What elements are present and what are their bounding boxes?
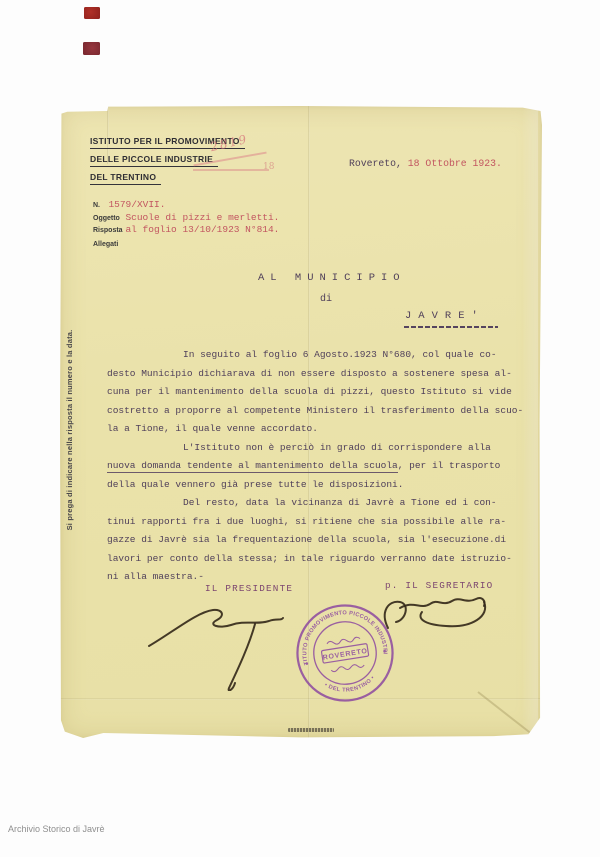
body-segment: Del resto, data la vicinanza di Javrè a … <box>183 497 497 508</box>
archive-caption: Archivio Storico di Javrè <box>8 824 105 834</box>
letterhead-line3: DEL TRENTINO <box>90 172 161 185</box>
body-line: In seguito al foglio 6 Agosto.1923 N°680… <box>107 346 535 365</box>
reference-allegati-label: Allegati <box>93 241 118 248</box>
body-segment: gazze di Javrè sia la frequentazione del… <box>107 534 506 545</box>
archive-red-mark-bottom <box>83 42 100 55</box>
dateline-date: 18 Ottobre 1923. <box>408 158 502 169</box>
body-line: L'Istituto non è perciò in grado di corr… <box>107 439 535 458</box>
body-line: la a Tione, il quale venne accordato. <box>107 420 535 439</box>
reference-allegati-row: Allegati <box>93 233 118 251</box>
body-segment: costretto a proporre al competente Minis… <box>107 405 523 416</box>
body-segment: L'Istituto non è perciò in grado di corr… <box>183 442 491 453</box>
archive-red-mark-top <box>84 7 100 19</box>
reference-risposta-value: al foglio 13/10/1923 N°814. <box>125 224 279 235</box>
registry-annotation-sub: 18 <box>263 162 274 172</box>
body-segment: In seguito al foglio 6 Agosto.1923 N°680… <box>183 349 497 360</box>
president-signature <box>145 596 285 691</box>
body-segment: la a Tione, il quale venne accordato. <box>107 423 318 434</box>
body-segment: , per il trasporto <box>398 460 501 471</box>
addressee-di: di <box>320 294 332 305</box>
body-line: Del resto, data la vicinanza di Javrè a … <box>107 494 535 513</box>
printer-imprint <box>288 728 334 732</box>
body-line: cuna per il mantenimento della scuola di… <box>107 383 535 402</box>
dateline: Rovereto, 18 Ottobre 1923. <box>349 158 502 169</box>
reference-risposta-row: Risposta al foglio 13/10/1923 N°814. <box>93 219 279 237</box>
addressee-javre-underline <box>404 326 498 328</box>
body-line: tinui rapporti fra i due luoghi, si riti… <box>107 513 535 532</box>
scan-page: ISTITUTO PER IL PROMOVIMENTO DELLE PICCO… <box>0 0 600 857</box>
margin-note: Si prega di indicare nella risposta il n… <box>65 324 79 536</box>
addressee-municipio: AL MUNICIPIO <box>258 272 406 284</box>
secretary-signature <box>372 592 502 650</box>
body-segment: ni alla maestra.- <box>107 571 204 582</box>
addressee-javre: JAVRE' <box>405 310 485 322</box>
stamp-flourish-top <box>327 637 361 646</box>
body-underlined-segment: nuova domanda tendente al mantenimento d… <box>107 460 398 473</box>
body-line: gazze di Javrè sia la frequentazione del… <box>107 531 535 550</box>
body-line: nuova domanda tendente al mantenimento d… <box>107 457 535 476</box>
secretary-title: p. IL SEGRETARIO <box>385 580 493 591</box>
body-segment: della quale vennero già prese tutte le d… <box>107 479 403 490</box>
president-title: IL PRESIDENTE <box>205 583 293 594</box>
registry-annotation-rule <box>193 169 269 171</box>
body-line: desto Municipio dichiarava di non essere… <box>107 365 535 384</box>
body-line: lavori per conto della stessa; in tale r… <box>107 550 535 569</box>
body-line: della quale vennero già prese tutte le d… <box>107 476 535 495</box>
stamp-flourish-bottom <box>331 663 365 672</box>
body-segment: lavori per conto della stessa; in tale r… <box>107 553 512 564</box>
body-segment: desto Municipio dichiarava di non essere… <box>107 368 512 379</box>
letter-paper: ISTITUTO PER IL PROMOVIMENTO DELLE PICCO… <box>60 106 542 738</box>
body-text: In seguito al foglio 6 Agosto.1923 N°680… <box>107 346 535 587</box>
letterhead-line2: DELLE PICCOLE INDUSTRIE <box>90 154 218 167</box>
body-segment: tinui rapporti fra i due luoghi, si riti… <box>107 516 506 527</box>
dateline-place: Rovereto, <box>349 158 408 169</box>
body-line: costretto a proporre al competente Minis… <box>107 402 535 421</box>
body-segment: cuna per il mantenimento della scuola di… <box>107 386 512 397</box>
